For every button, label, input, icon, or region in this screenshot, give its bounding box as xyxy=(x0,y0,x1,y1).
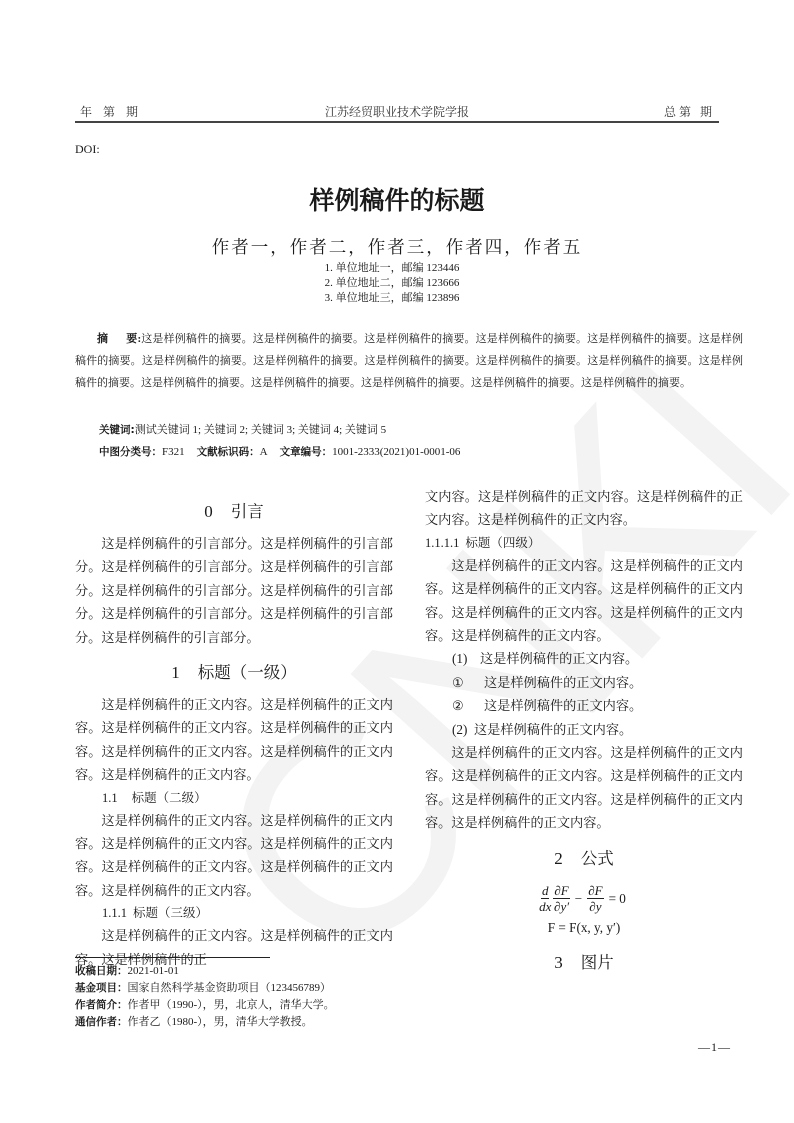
header-total-issue: 总第 期 xyxy=(664,103,715,120)
right-column: 文内容。这是样例稿件的正文内容。这是样例稿件的正文内容。这是样例稿件的正文内容。… xyxy=(425,485,743,983)
section-1-paragraph: 这是样例稿件的正文内容。这是样例稿件的正文内容。这是样例稿件的正文内容。这是样例… xyxy=(75,693,393,787)
footnotes: 收稿日期：2021-01-01 基金项目：国家自然科学基金资助项目（123456… xyxy=(75,963,335,1031)
article-no-value: 1001-2333(2021)01-0001-06 xyxy=(332,446,460,458)
affiliation-item: 1. 单位地址一，邮编 123446 xyxy=(0,261,794,276)
footnote-funding: 基金项目：国家自然科学基金资助项目（123456789） xyxy=(75,980,335,997)
article-no-label: 文章编号： xyxy=(280,446,333,458)
clc-value: F321 xyxy=(162,446,185,458)
author-list: 作者一，作者二，作者三，作者四，作者五 xyxy=(0,234,794,259)
list-item: (2)这是样例稿件的正文内容。 xyxy=(452,718,743,741)
doc-code-label: 文献标识码： xyxy=(197,446,260,458)
list-item: (1)这是样例稿件的正文内容。 xyxy=(452,647,743,670)
section-heading-intro: 0引言 xyxy=(75,492,393,532)
subsection-1-1-1-1-paragraph-2: 这是样例稿件的正文内容。这是样例稿件的正文内容。这是样例稿件的正文内容。这是样例… xyxy=(425,741,743,835)
fraction: ddx xyxy=(539,883,551,914)
fraction: ∂F∂y xyxy=(587,883,603,914)
affiliation-list: 1. 单位地址一，邮编 123446 2. 单位地址二，邮编 123666 3.… xyxy=(0,261,794,306)
header-rule xyxy=(75,121,719,123)
classification-line: 中图分类号：F321文献标识码：A文章编号：1001-2333(2021)01-… xyxy=(99,444,460,459)
section-heading-3: 3图片 xyxy=(425,943,743,983)
list-item: ①这是样例稿件的正文内容。 xyxy=(452,671,743,694)
paper-title: 样例稿件的标题 xyxy=(0,181,794,217)
section-heading-2: 2公式 xyxy=(425,839,743,879)
doi-label: DOI: xyxy=(75,142,100,157)
subsection-heading-1-1-1: 1.1.1标题（三级） xyxy=(102,902,393,924)
affiliation-item: 3. 单位地址三，邮编 123896 xyxy=(0,291,794,306)
header-journal-name: 江苏经贸职业技术学院学报 xyxy=(75,103,719,120)
keywords-text: 测试关键词 1; 关键词 2; 关键词 3; 关键词 4; 关键词 5 xyxy=(135,424,386,436)
section-heading-1: 1标题（一级） xyxy=(75,653,393,693)
abstract-label: 摘要: xyxy=(97,333,141,345)
footnote-author-bio: 作者简介：作者甲（1990-），男，北京人，清华大学。 xyxy=(75,997,335,1014)
fraction: ∂F∂y′ xyxy=(553,883,569,914)
doc-code-value: A xyxy=(260,446,268,458)
subsection-heading-1-1-1-1: 1.1.1.1标题（四级） xyxy=(425,532,743,554)
page-number: —1— xyxy=(698,1040,731,1055)
clc-label: 中图分类号： xyxy=(99,446,162,458)
abstract-text: 这是样例稿件的摘要。这是样例稿件的摘要。这是样例稿件的摘要。这是样例稿件的摘要。… xyxy=(75,333,743,389)
intro-paragraph: 这是样例稿件的引言部分。这是样例稿件的引言部分。这是样例稿件的引言部分。这是样例… xyxy=(75,532,393,649)
formula-definition: F = F(x, y, y′) xyxy=(425,917,743,939)
footnote-corresponding-author: 通信作者：作者乙（1980-），男，清华大学教授。 xyxy=(75,1014,335,1031)
subsection-1-1-1-paragraph-start: 这是样例稿件的正文内容。这是样例稿件的正文内容。这是样例稿件的正 xyxy=(75,924,393,971)
subsection-1-1-paragraph: 这是样例稿件的正文内容。这是样例稿件的正文内容。这是样例稿件的正文内容。这是样例… xyxy=(75,809,393,903)
left-column: 0引言 这是样例稿件的引言部分。这是样例稿件的引言部分。这是样例稿件的引言部分。… xyxy=(75,492,393,971)
formula-euler-lagrange: ddx ∂F∂y′ − ∂F∂y = 0 xyxy=(425,881,743,917)
subsection-heading-1-1: 1.1标题（二级） xyxy=(102,787,393,809)
keywords-label: 关键词: xyxy=(99,424,135,436)
running-header: 年 第 期 江苏经贸职业技术学院学报 总第 期 xyxy=(75,103,719,121)
subsection-1-1-1-paragraph-continued: 文内容。这是样例稿件的正文内容。这是样例稿件的正文内容。这是样例稿件的正文内容。 xyxy=(425,485,743,532)
abstract: 摘要:这是样例稿件的摘要。这是样例稿件的摘要。这是样例稿件的摘要。这是样例稿件的… xyxy=(75,328,743,394)
affiliation-item: 2. 单位地址二，邮编 123666 xyxy=(0,276,794,291)
subsection-1-1-1-1-paragraph: 这是样例稿件的正文内容。这是样例稿件的正文内容。这是样例稿件的正文内容。这是样例… xyxy=(425,554,743,648)
list-item: ②这是样例稿件的正文内容。 xyxy=(452,694,743,717)
keywords: 关键词:测试关键词 1; 关键词 2; 关键词 3; 关键词 4; 关键词 5 xyxy=(99,421,386,437)
